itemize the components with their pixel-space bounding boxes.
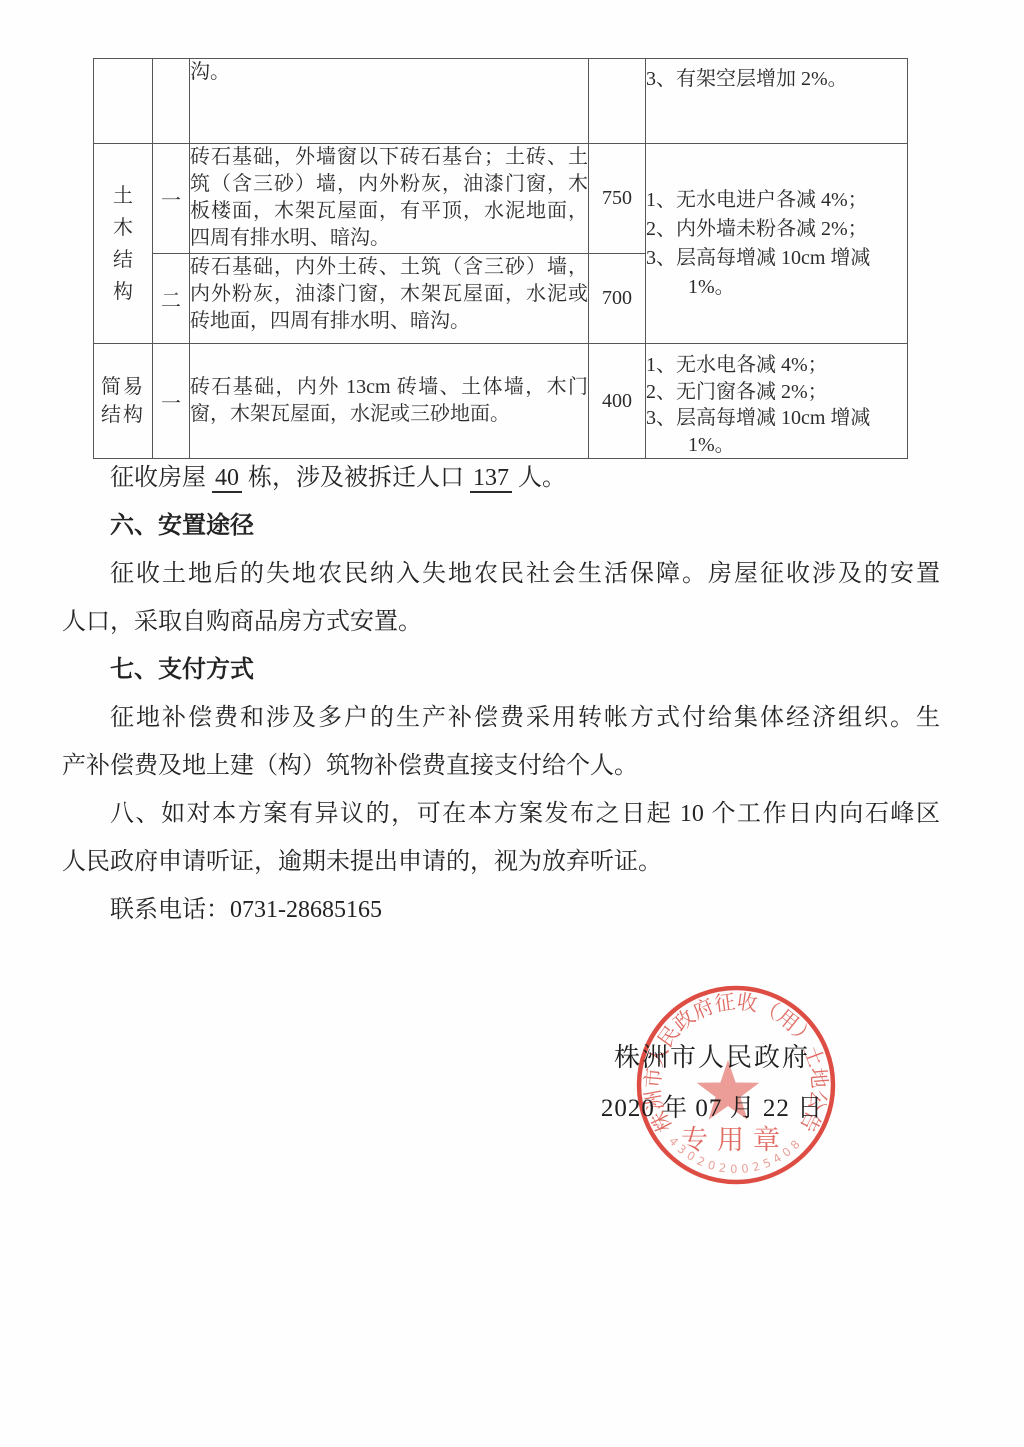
sections-container: 六、安置途径征收土地后的失地农民纳入失地农民社会生活保障。房屋征收涉及的安置人口… — [62, 502, 940, 934]
body-line: 联系电话：0731-28685165 — [62, 886, 940, 934]
notes-list: 3、有架空层增加 2%。 — [646, 67, 907, 92]
signature-issuer: 株洲市人民政府 — [592, 1043, 832, 1073]
cell-description: 沟。 — [190, 59, 589, 144]
cell-price: 700 — [589, 254, 646, 344]
people-count: 137 — [470, 465, 512, 493]
cell-price: 400 — [589, 344, 646, 459]
note-item: 2、无门窗各减 2%； — [646, 379, 907, 406]
seal-bottom-label: 专用章 — [681, 1125, 789, 1155]
body-line: 产补偿费及地上建（构）筑物补偿费直接支付给个人。 — [62, 742, 940, 790]
cell-description: 砖石基础，内外土砖、土筑（含三砂）墙，内外粉灰，油漆门窗，木架瓦屋面，水泥或砖地… — [190, 254, 589, 344]
cell-description: 砖石基础，内外 13cm 砖墙、土体墙，木门窗，木架瓦屋面，水泥或三砂地面。 — [190, 344, 589, 459]
summary-line: 征收房屋 40 栋，涉及被拆迁人口 137 人。 — [62, 454, 940, 502]
note-item: 1、无水电进户各减 4%； — [646, 186, 907, 215]
cell-grade: 一 — [153, 344, 190, 459]
summary-suffix: 人。 — [512, 465, 566, 491]
note-item: 1、无水电各减 4%； — [646, 352, 907, 379]
note-item: 3、层高每增减 10cm 增减 1%。 — [646, 244, 907, 302]
cell-notes: 1、无水电各减 4%；2、无门窗各减 2%；3、层高每增减 10cm 增减 1%… — [646, 344, 908, 459]
compensation-table-body: 沟。3、有架空层增加 2%。土木结构一砖石基础，外墙窗以下砖石基台；土砖、土筑（… — [94, 59, 908, 459]
signature-date: 2020 年 07 月 22 日 — [592, 1094, 832, 1124]
cell-notes: 3、有架空层增加 2%。 — [646, 59, 908, 144]
note-item: 2、内外墙未粉各减 2%； — [646, 215, 907, 244]
cell-price — [589, 59, 646, 144]
structure-label: 简易结构 — [94, 373, 152, 429]
section-heading: 六、安置途径 — [62, 502, 940, 550]
notes-list: 1、无水电进户各减 4%；2、内外墙未粉各减 2%；3、层高每增减 10cm 增… — [646, 186, 907, 302]
notes-list: 1、无水电各减 4%；2、无门窗各减 2%；3、层高每增减 10cm 增减 1%… — [646, 352, 907, 458]
cell-structure: 土木结构 — [94, 144, 153, 344]
cell-structure: 简易结构 — [94, 344, 153, 459]
table-row: 土木结构一砖石基础，外墙窗以下砖石基台；土砖、土筑（含三砂）墙，内外粉灰，油漆门… — [94, 144, 908, 254]
table-row: 简易结构一砖石基础，内外 13cm 砖墙、土体墙，木门窗，木架瓦屋面，水泥或三砂… — [94, 344, 908, 459]
cell-notes: 1、无水电进户各减 4%；2、内外墙未粉各减 2%；3、层高每增减 10cm 增… — [646, 144, 908, 344]
body-line: 征地补偿费和涉及多户的生产补偿费采用转帐方式付给集体经济组织。生 — [62, 694, 940, 742]
body-line: 人口，采取自购商品房方式安置。 — [62, 598, 940, 646]
summary-prefix: 征收房屋 — [110, 465, 212, 491]
cell-grade — [153, 59, 190, 144]
compensation-table: 沟。3、有架空层增加 2%。土木结构一砖石基础，外墙窗以下砖石基台；土砖、土筑（… — [93, 58, 908, 459]
page: 沟。3、有架空层增加 2%。土木结构一砖石基础，外墙窗以下砖石基台；土砖、土筑（… — [0, 0, 1024, 1447]
body-line: 征收土地后的失地农民纳入失地农民社会生活保障。房屋征收涉及的安置 — [62, 550, 940, 598]
cell-grade: 二 — [153, 254, 190, 344]
cell-structure — [94, 59, 153, 144]
note-item: 3、层高每增减 10cm 增减 1%。 — [646, 405, 907, 458]
body-line: 人民政府申请听证，逾期未提出申请的，视为放弃听证。 — [62, 838, 940, 886]
summary-middle: 栋，涉及被拆迁人口 — [242, 465, 470, 491]
signature-block: 株洲市人民政府 2020 年 07 月 22 日 — [592, 1043, 832, 1124]
buildings-count: 40 — [212, 465, 242, 493]
body-text: 征收房屋 40 栋，涉及被拆迁人口 137 人。 六、安置途径征收土地后的失地农… — [62, 454, 940, 934]
cell-price: 750 — [589, 144, 646, 254]
structure-label: 土木结构 — [94, 180, 152, 308]
cell-description: 砖石基础，外墙窗以下砖石基台；土砖、土筑（含三砂）墙，内外粉灰，油漆门窗，木板楼… — [190, 144, 589, 254]
cell-grade: 一 — [153, 144, 190, 254]
table-row: 沟。3、有架空层增加 2%。 — [94, 59, 908, 144]
note-item: 3、有架空层增加 2%。 — [646, 67, 907, 92]
body-line: 八、如对本方案有异议的，可在本方案发布之日起 10 个工作日内向石峰区 — [62, 790, 940, 838]
section-heading: 七、支付方式 — [62, 646, 940, 694]
